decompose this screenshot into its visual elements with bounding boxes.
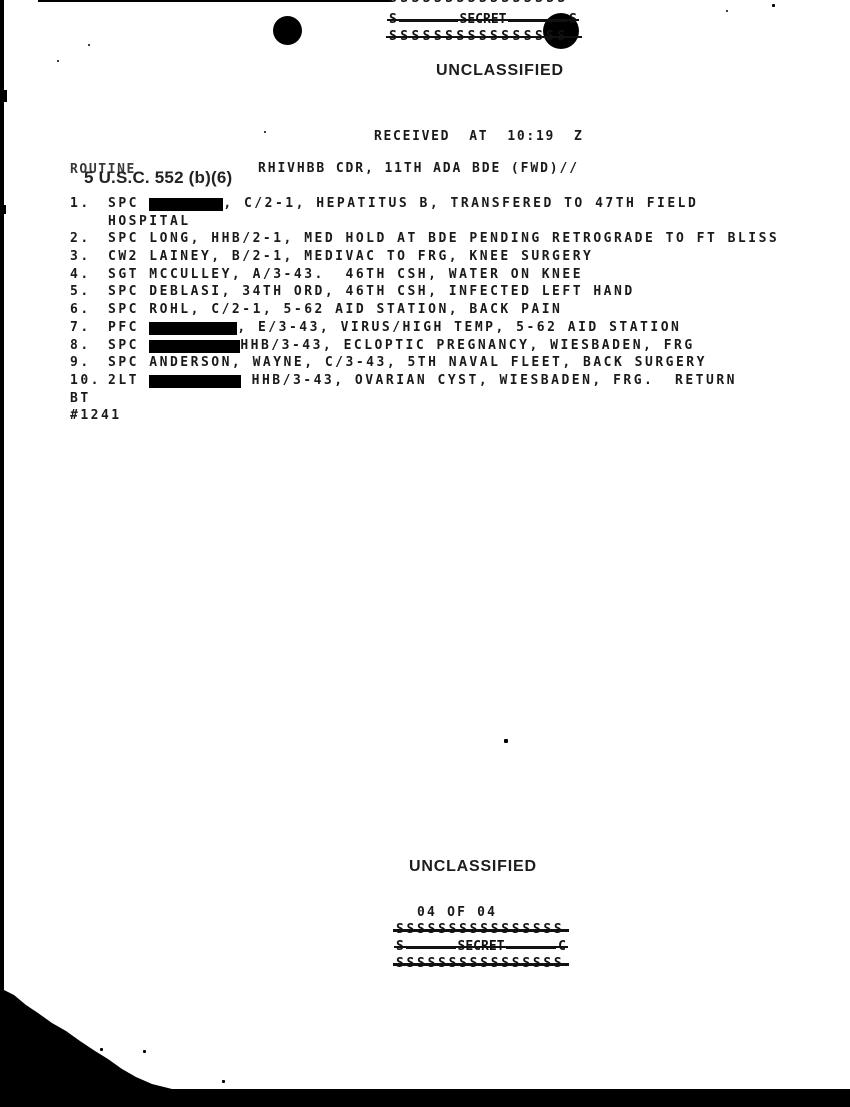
scan-speck <box>726 10 728 12</box>
message-line: 2.SPC LONG, HHB/2-1, MED HOLD AT BDE PEN… <box>70 231 830 249</box>
scan-speck <box>504 739 508 743</box>
unclassified-stamp-bottom: UNCLASSIFIED <box>409 858 537 876</box>
secret-banner-bottom-row2: S SECRET C <box>396 940 566 954</box>
secret-left-char: S <box>389 13 397 27</box>
secret-right-char: S <box>569 13 577 27</box>
scan-speck <box>100 1048 103 1051</box>
secret-right-char: C <box>558 940 566 954</box>
redaction-bar <box>149 340 240 353</box>
scan-edge-left <box>0 0 4 992</box>
scan-edge-notch <box>0 205 6 214</box>
message-line: 9.SPC ANDERSON, WAYNE, C/3-43, 5TH NAVAL… <box>70 355 830 373</box>
text-segment: SPC DEBLASI, 34TH ORD, 46TH CSH, INFECTE… <box>108 284 635 299</box>
secret-banner-top-row3: SSSSSSSSSSSSSSSS <box>389 30 579 44</box>
message-line: #1241 <box>70 408 830 426</box>
line-number: 6. <box>70 302 108 317</box>
text-segment: HOSPITAL <box>108 214 191 229</box>
text-segment: , E/3-43, VIRUS/HIGH TEMP, 5-62 AID STAT… <box>237 320 681 335</box>
text-segment: SPC <box>108 196 149 211</box>
text-segment: SPC <box>108 338 149 353</box>
scan-speck <box>264 131 266 133</box>
scan-speck <box>772 4 775 7</box>
redaction-bar <box>149 198 223 211</box>
message-line: 6.SPC ROHL, C/2-1, 5-62 AID STATION, BAC… <box>70 302 830 320</box>
secret-banner-top-row2: S SECRET S <box>389 13 577 27</box>
line-text: 2LT HHB/3-43, OVARIAN CYST, WIESBADEN, F… <box>108 373 737 388</box>
line-number: 2. <box>70 231 108 246</box>
text-segment: HHB/3-43, OVARIAN CYST, WIESBADEN, FRG. … <box>241 373 737 388</box>
line-text: SPC HHB/3-43, ECLOPTIC PREGNANCY, WIESBA… <box>108 338 695 353</box>
line-number: 5. <box>70 284 108 299</box>
secret-word: SECRET <box>458 940 505 954</box>
redaction-bar <box>149 322 237 335</box>
scan-speck <box>88 44 90 46</box>
scan-edge-top <box>38 0 392 2</box>
strike-line <box>399 19 458 22</box>
text-segment: SPC LONG, HHB/2-1, MED HOLD AT BDE PENDI… <box>108 231 779 246</box>
line-text: CW2 LAINEY, B/2-1, MEDIVAC TO FRG, KNEE … <box>108 249 593 264</box>
line-text: SPC , C/2-1, HEPATITUS B, TRANSFERED TO … <box>108 196 698 211</box>
text-segment: SPC ROHL, C/2-1, 5-62 AID STATION, BACK … <box>108 302 562 317</box>
text-segment: SPC ANDERSON, WAYNE, C/3-43, 5TH NAVAL F… <box>108 355 707 370</box>
message-line: 10.2LT HHB/3-43, OVARIAN CYST, WIESBADEN… <box>70 373 830 391</box>
scan-edge-bottom <box>0 1089 850 1107</box>
scan-speck <box>143 1050 146 1053</box>
line-number: BT <box>70 391 108 406</box>
received-timestamp: RECEIVED AT 10:19 Z <box>374 129 584 144</box>
line-number: 9. <box>70 355 108 370</box>
line-text: SPC LONG, HHB/2-1, MED HOLD AT BDE PENDI… <box>108 231 779 246</box>
text-segment: , C/2-1, HEPATITUS B, TRANSFERED TO 47TH… <box>223 196 698 211</box>
line-text: SPC ANDERSON, WAYNE, C/3-43, 5TH NAVAL F… <box>108 355 707 370</box>
scan-speck <box>57 60 59 62</box>
scanned-document-page: SSSSSSSSSSSSSSSS S SECRET S SSSSSSSSSSSS… <box>0 0 850 1107</box>
text-segment: CW2 LAINEY, B/2-1, MEDIVAC TO FRG, KNEE … <box>108 249 593 264</box>
line-text: SPC DEBLASI, 34TH ORD, 46TH CSH, INFECTE… <box>108 284 635 299</box>
unclassified-stamp-top: UNCLASSIFIED <box>436 62 564 80</box>
line-text: SPC ROHL, C/2-1, 5-62 AID STATION, BACK … <box>108 302 562 317</box>
message-line: 3.CW2 LAINEY, B/2-1, MEDIVAC TO FRG, KNE… <box>70 249 830 267</box>
secret-banner-top-row1: SSSSSSSSSSSSSSSS <box>389 0 579 6</box>
line-number: 8. <box>70 338 108 353</box>
message-line: 1.SPC , C/2-1, HEPATITUS B, TRANSFERED T… <box>70 196 830 214</box>
line-number: 10. <box>70 373 108 388</box>
foia-exemption-stamp: 5 U.S.C. 552 (b)(6) <box>84 168 232 188</box>
message-body: 1.SPC , C/2-1, HEPATITUS B, TRANSFERED T… <box>70 196 830 426</box>
text-segment: SGT MCCULLEY, A/3-43. 46TH CSH, WATER ON… <box>108 267 583 282</box>
line-number: 3. <box>70 249 108 264</box>
line-number: #1241 <box>70 408 108 423</box>
addressee-line: RHIVHBB CDR, 11TH ADA BDE (FWD)// <box>258 161 579 176</box>
text-segment: HHB/3-43, ECLOPTIC PREGNANCY, WIESBADEN,… <box>240 338 694 353</box>
message-line: 4.SGT MCCULLEY, A/3-43. 46TH CSH, WATER … <box>70 267 830 285</box>
secret-word: SECRET <box>460 13 507 27</box>
hole-punch-left <box>273 16 302 45</box>
strike-line <box>506 946 556 949</box>
line-text: PFC , E/3-43, VIRUS/HIGH TEMP, 5-62 AID … <box>108 320 681 335</box>
page-indicator: 04 OF 04 <box>417 905 497 920</box>
message-line: 8.SPC HHB/3-43, ECLOPTIC PREGNANCY, WIES… <box>70 338 830 356</box>
line-text: SGT MCCULLEY, A/3-43. 46TH CSH, WATER ON… <box>108 267 583 282</box>
line-number: 4. <box>70 267 108 282</box>
line-number: 1. <box>70 196 108 211</box>
scan-corner-fold <box>0 985 200 1091</box>
line-text: HOSPITAL <box>108 214 191 229</box>
secret-banner-bottom-row1: SSSSSSSSSSSSSSSS <box>396 923 566 937</box>
scan-edge-notch <box>0 90 7 102</box>
line-number: 7. <box>70 320 108 335</box>
secret-left-char: S <box>396 940 404 954</box>
message-line: BT <box>70 391 830 409</box>
strike-line <box>406 946 456 949</box>
scan-speck <box>222 1080 225 1083</box>
text-segment: 2LT <box>108 373 149 388</box>
secret-banner-bottom-row3: SSSSSSSSSSSSSSSS <box>396 957 566 971</box>
message-line: HOSPITAL <box>70 214 830 232</box>
message-line: 7.PFC , E/3-43, VIRUS/HIGH TEMP, 5-62 AI… <box>70 320 830 338</box>
text-segment: PFC <box>108 320 149 335</box>
strike-line <box>508 19 567 22</box>
redaction-bar <box>149 375 241 388</box>
message-line: 5.SPC DEBLASI, 34TH ORD, 46TH CSH, INFEC… <box>70 284 830 302</box>
